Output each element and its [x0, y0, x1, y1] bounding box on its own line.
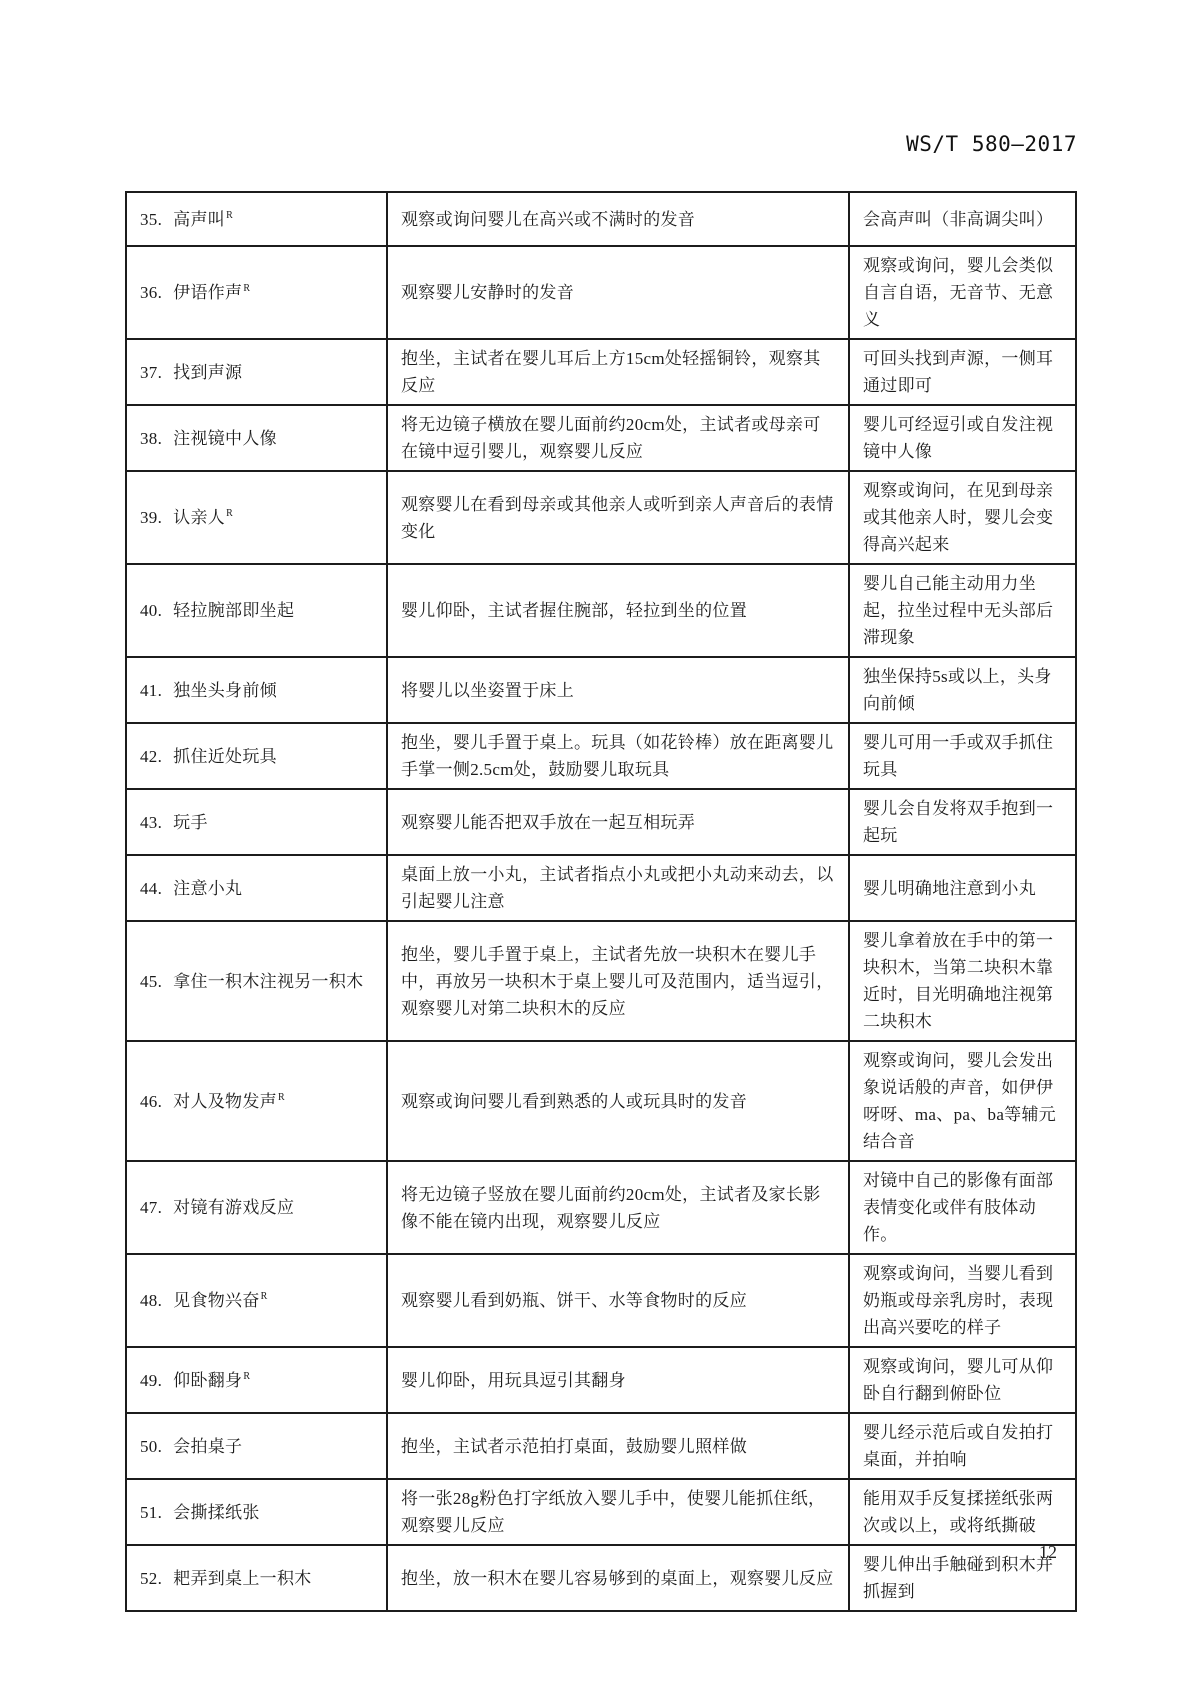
- item-label: 45.拿住一积木注视另一积木: [140, 968, 363, 995]
- item-cell: 37.找到声源: [127, 340, 386, 404]
- page-number: 12: [1018, 1542, 1078, 1563]
- method-cell: 观察或询问婴儿看到熟悉的人或玩具时的发音: [386, 1042, 848, 1160]
- item-number: 42.: [140, 747, 162, 766]
- item-cell: 48.见食物兴奋R: [127, 1255, 386, 1346]
- document-code: WS/T 580—2017: [0, 132, 1077, 156]
- pass-criteria-cell: 婴儿可经逗引或自发注视镜中人像: [848, 406, 1075, 470]
- item-name: 注视镜中人像: [173, 429, 277, 448]
- item-label: 41.独坐头身前倾: [140, 677, 277, 704]
- item-cell: 41.独坐头身前倾: [127, 658, 386, 722]
- pass-criteria-cell: 观察或询问，婴儿可从仰卧自行翻到俯卧位: [848, 1348, 1075, 1412]
- table-row: 49.仰卧翻身R 婴儿仰卧，用玩具逗引其翻身 观察或询问，婴儿可从仰卧自行翻到俯…: [127, 1346, 1075, 1412]
- item-number: 39.: [140, 508, 162, 527]
- method-cell: 抱坐，婴儿手置于桌上，主试者先放一块积木在婴儿手中，再放另一块积木于桌上婴儿可及…: [386, 922, 848, 1040]
- item-number: 51.: [140, 1503, 162, 1522]
- item-label: 36.伊语作声R: [140, 279, 250, 306]
- item-superscript: R: [278, 1092, 285, 1103]
- item-name: 抓住近处玩具: [173, 747, 277, 766]
- item-cell: 47.对镜有游戏反应: [127, 1162, 386, 1253]
- method-cell: 抱坐，主试者在婴儿耳后上方15cm处轻摇铜铃，观察其反应: [386, 340, 848, 404]
- item-name: 找到声源: [173, 363, 242, 382]
- item-cell: 39.认亲人R: [127, 472, 386, 563]
- pass-criteria-cell: 能用双手反复揉搓纸张两次或以上，或将纸撕破: [848, 1480, 1075, 1544]
- method-cell: 抱坐，婴儿手置于桌上。玩具（如花铃棒）放在距离婴儿手掌一侧2.5cm处，鼓励婴儿…: [386, 724, 848, 788]
- item-superscript: R: [226, 210, 233, 221]
- document-page: WS/T 580—2017 35.高声叫R 观察或询问婴儿在高兴或不满时的发音 …: [0, 0, 1190, 1682]
- table-row: 47.对镜有游戏反应 将无边镜子竖放在婴儿面前约20cm处，主试者及家长影像不能…: [127, 1160, 1075, 1253]
- item-label: 40.轻拉腕部即坐起: [140, 597, 294, 624]
- item-name: 认亲人: [173, 508, 225, 527]
- item-superscript: R: [261, 1291, 268, 1302]
- pass-criteria-cell: 婴儿可用一手或双手抓住玩具: [848, 724, 1075, 788]
- item-cell: 42.抓住近处玩具: [127, 724, 386, 788]
- pass-criteria-cell: 观察或询问，在见到母亲或其他亲人时，婴儿会变得高兴起来: [848, 472, 1075, 563]
- item-name: 轻拉腕部即坐起: [173, 601, 294, 620]
- table-row: 51.会撕揉纸张 将一张28g粉色打字纸放入婴儿手中，使婴儿能抓住纸，观察婴儿反…: [127, 1478, 1075, 1544]
- pass-criteria-cell: 观察或询问，婴儿会发出象说话般的声音，如伊伊呀呀、ma、pa、ba等辅元结合音: [848, 1042, 1075, 1160]
- item-superscript: R: [243, 1371, 250, 1382]
- item-label: 42.抓住近处玩具: [140, 743, 277, 770]
- item-number: 49.: [140, 1371, 162, 1390]
- pass-criteria-cell: 会高声叫（非高调尖叫）: [848, 193, 1075, 245]
- table-row: 37.找到声源 抱坐，主试者在婴儿耳后上方15cm处轻摇铜铃，观察其反应 可回头…: [127, 338, 1075, 404]
- table-row: 50.会拍桌子 抱坐，主试者示范拍打桌面，鼓励婴儿照样做 婴儿经示范后或自发拍打…: [127, 1412, 1075, 1478]
- item-label: 49.仰卧翻身R: [140, 1367, 250, 1394]
- pass-criteria-cell: 独坐保持5s或以上，头身向前倾: [848, 658, 1075, 722]
- item-name: 仰卧翻身: [173, 1371, 242, 1390]
- item-cell: 52.耙弄到桌上一积木: [127, 1546, 386, 1610]
- table-row: 36.伊语作声R 观察婴儿安静时的发音 观察或询问，婴儿会类似自言自语，无音节、…: [127, 245, 1075, 338]
- item-cell: 50.会拍桌子: [127, 1414, 386, 1478]
- item-number: 47.: [140, 1198, 162, 1217]
- item-name: 高声叫: [173, 210, 225, 229]
- item-label: 38.注视镜中人像: [140, 425, 277, 452]
- method-cell: 将无边镜子竖放在婴儿面前约20cm处，主试者及家长影像不能在镜内出现，观察婴儿反…: [386, 1162, 848, 1253]
- item-number: 52.: [140, 1569, 162, 1588]
- item-name: 会拍桌子: [173, 1437, 242, 1456]
- method-cell: 观察婴儿安静时的发音: [386, 247, 848, 338]
- table-row: 35.高声叫R 观察或询问婴儿在高兴或不满时的发音 会高声叫（非高调尖叫）: [127, 193, 1075, 245]
- item-label: 52.耙弄到桌上一积木: [140, 1565, 312, 1592]
- item-cell: 43.玩手: [127, 790, 386, 854]
- item-number: 43.: [140, 813, 162, 832]
- pass-criteria-cell: 对镜中自己的影像有面部表情变化或伴有肢体动作。: [848, 1162, 1075, 1253]
- item-number: 37.: [140, 363, 162, 382]
- pass-criteria-cell: 观察或询问，婴儿会类似自言自语，无音节、无意义: [848, 247, 1075, 338]
- item-name: 独坐头身前倾: [173, 681, 277, 700]
- pass-criteria-cell: 婴儿会自发将双手抱到一起玩: [848, 790, 1075, 854]
- item-superscript: R: [226, 508, 233, 519]
- item-number: 36.: [140, 283, 162, 302]
- pass-criteria-cell: 可回头找到声源，一侧耳通过即可: [848, 340, 1075, 404]
- item-number: 40.: [140, 601, 162, 620]
- pass-criteria-cell: 婴儿经示范后或自发拍打桌面，并拍响: [848, 1414, 1075, 1478]
- item-name: 拿住一积木注视另一积木: [173, 972, 363, 991]
- item-name: 见食物兴奋: [173, 1291, 260, 1310]
- table-row: 43.玩手 观察婴儿能否把双手放在一起互相玩弄 婴儿会自发将双手抱到一起玩: [127, 788, 1075, 854]
- item-number: 44.: [140, 879, 162, 898]
- item-cell: 38.注视镜中人像: [127, 406, 386, 470]
- item-cell: 36.伊语作声R: [127, 247, 386, 338]
- item-label: 46.对人及物发声R: [140, 1088, 285, 1115]
- table-row: 52.耙弄到桌上一积木 抱坐，放一积木在婴儿容易够到的桌面上，观察婴儿反应 婴儿…: [127, 1544, 1075, 1610]
- item-name: 伊语作声: [173, 283, 242, 302]
- item-number: 35.: [140, 210, 162, 229]
- table-row: 41.独坐头身前倾 将婴儿以坐姿置于床上 独坐保持5s或以上，头身向前倾: [127, 656, 1075, 722]
- method-cell: 婴儿仰卧，主试者握住腕部，轻拉到坐的位置: [386, 565, 848, 656]
- item-cell: 49.仰卧翻身R: [127, 1348, 386, 1412]
- item-cell: 45.拿住一积木注视另一积木: [127, 922, 386, 1040]
- item-label: 51.会撕揉纸张: [140, 1499, 260, 1526]
- method-cell: 抱坐，主试者示范拍打桌面，鼓励婴儿照样做: [386, 1414, 848, 1478]
- method-cell: 观察或询问婴儿在高兴或不满时的发音: [386, 193, 848, 245]
- item-name: 玩手: [173, 813, 208, 832]
- method-cell: 将婴儿以坐姿置于床上: [386, 658, 848, 722]
- method-cell: 抱坐，放一积木在婴儿容易够到的桌面上，观察婴儿反应: [386, 1546, 848, 1610]
- method-cell: 观察婴儿能否把双手放在一起互相玩弄: [386, 790, 848, 854]
- item-name: 耙弄到桌上一积木: [173, 1569, 311, 1588]
- item-cell: 35.高声叫R: [127, 193, 386, 245]
- item-name: 会撕揉纸张: [173, 1503, 260, 1522]
- item-label: 50.会拍桌子: [140, 1433, 242, 1460]
- item-name: 对镜有游戏反应: [173, 1198, 294, 1217]
- method-cell: 桌面上放一小丸，主试者指点小丸或把小丸动来动去，以引起婴儿注意: [386, 856, 848, 920]
- item-number: 50.: [140, 1437, 162, 1456]
- table-row: 38.注视镜中人像 将无边镜子横放在婴儿面前约20cm处，主试者或母亲可在镜中逗…: [127, 404, 1075, 470]
- table-row: 42.抓住近处玩具 抱坐，婴儿手置于桌上。玩具（如花铃棒）放在距离婴儿手掌一侧2…: [127, 722, 1075, 788]
- item-label: 35.高声叫R: [140, 206, 233, 233]
- item-number: 48.: [140, 1291, 162, 1310]
- item-number: 41.: [140, 681, 162, 700]
- item-number: 46.: [140, 1092, 162, 1111]
- item-label: 44.注意小丸: [140, 875, 242, 902]
- item-label: 43.玩手: [140, 809, 208, 836]
- item-cell: 40.轻拉腕部即坐起: [127, 565, 386, 656]
- method-cell: 观察婴儿看到奶瓶、饼干、水等食物时的反应: [386, 1255, 848, 1346]
- table-row: 44.注意小丸 桌面上放一小丸，主试者指点小丸或把小丸动来动去，以引起婴儿注意 …: [127, 854, 1075, 920]
- pass-criteria-cell: 观察或询问，当婴儿看到奶瓶或母亲乳房时，表现出高兴要吃的样子: [848, 1255, 1075, 1346]
- pass-criteria-cell: 婴儿自己能主动用力坐起，拉坐过程中无头部后滞现象: [848, 565, 1075, 656]
- item-label: 47.对镜有游戏反应: [140, 1194, 294, 1221]
- pass-criteria-cell: 婴儿明确地注意到小丸: [848, 856, 1075, 920]
- item-number: 45.: [140, 972, 162, 991]
- table-row: 40.轻拉腕部即坐起 婴儿仰卧，主试者握住腕部，轻拉到坐的位置 婴儿自己能主动用…: [127, 563, 1075, 656]
- item-number: 38.: [140, 429, 162, 448]
- method-cell: 婴儿仰卧，用玩具逗引其翻身: [386, 1348, 848, 1412]
- table-row: 46.对人及物发声R 观察或询问婴儿看到熟悉的人或玩具时的发音 观察或询问，婴儿…: [127, 1040, 1075, 1160]
- item-cell: 44.注意小丸: [127, 856, 386, 920]
- item-name: 对人及物发声: [173, 1092, 277, 1111]
- table-row: 45.拿住一积木注视另一积木 抱坐，婴儿手置于桌上，主试者先放一块积木在婴儿手中…: [127, 920, 1075, 1040]
- item-label: 37.找到声源: [140, 359, 242, 386]
- item-name: 注意小丸: [173, 879, 242, 898]
- item-label: 39.认亲人R: [140, 504, 233, 531]
- item-cell: 51.会撕揉纸张: [127, 1480, 386, 1544]
- method-cell: 将无边镜子横放在婴儿面前约20cm处，主试者或母亲可在镜中逗引婴儿，观察婴儿反应: [386, 406, 848, 470]
- table-row: 48.见食物兴奋R 观察婴儿看到奶瓶、饼干、水等食物时的反应 观察或询问，当婴儿…: [127, 1253, 1075, 1346]
- table-row: 39.认亲人R 观察婴儿在看到母亲或其他亲人或听到亲人声音后的表情变化 观察或询…: [127, 470, 1075, 563]
- item-superscript: R: [243, 283, 250, 294]
- assessment-table: 35.高声叫R 观察或询问婴儿在高兴或不满时的发音 会高声叫（非高调尖叫） 36…: [125, 191, 1077, 1612]
- method-cell: 观察婴儿在看到母亲或其他亲人或听到亲人声音后的表情变化: [386, 472, 848, 563]
- item-cell: 46.对人及物发声R: [127, 1042, 386, 1160]
- method-cell: 将一张28g粉色打字纸放入婴儿手中，使婴儿能抓住纸，观察婴儿反应: [386, 1480, 848, 1544]
- item-label: 48.见食物兴奋R: [140, 1287, 268, 1314]
- pass-criteria-cell: 婴儿拿着放在手中的第一块积木，当第二块积木靠近时，目光明确地注视第二块积木: [848, 922, 1075, 1040]
